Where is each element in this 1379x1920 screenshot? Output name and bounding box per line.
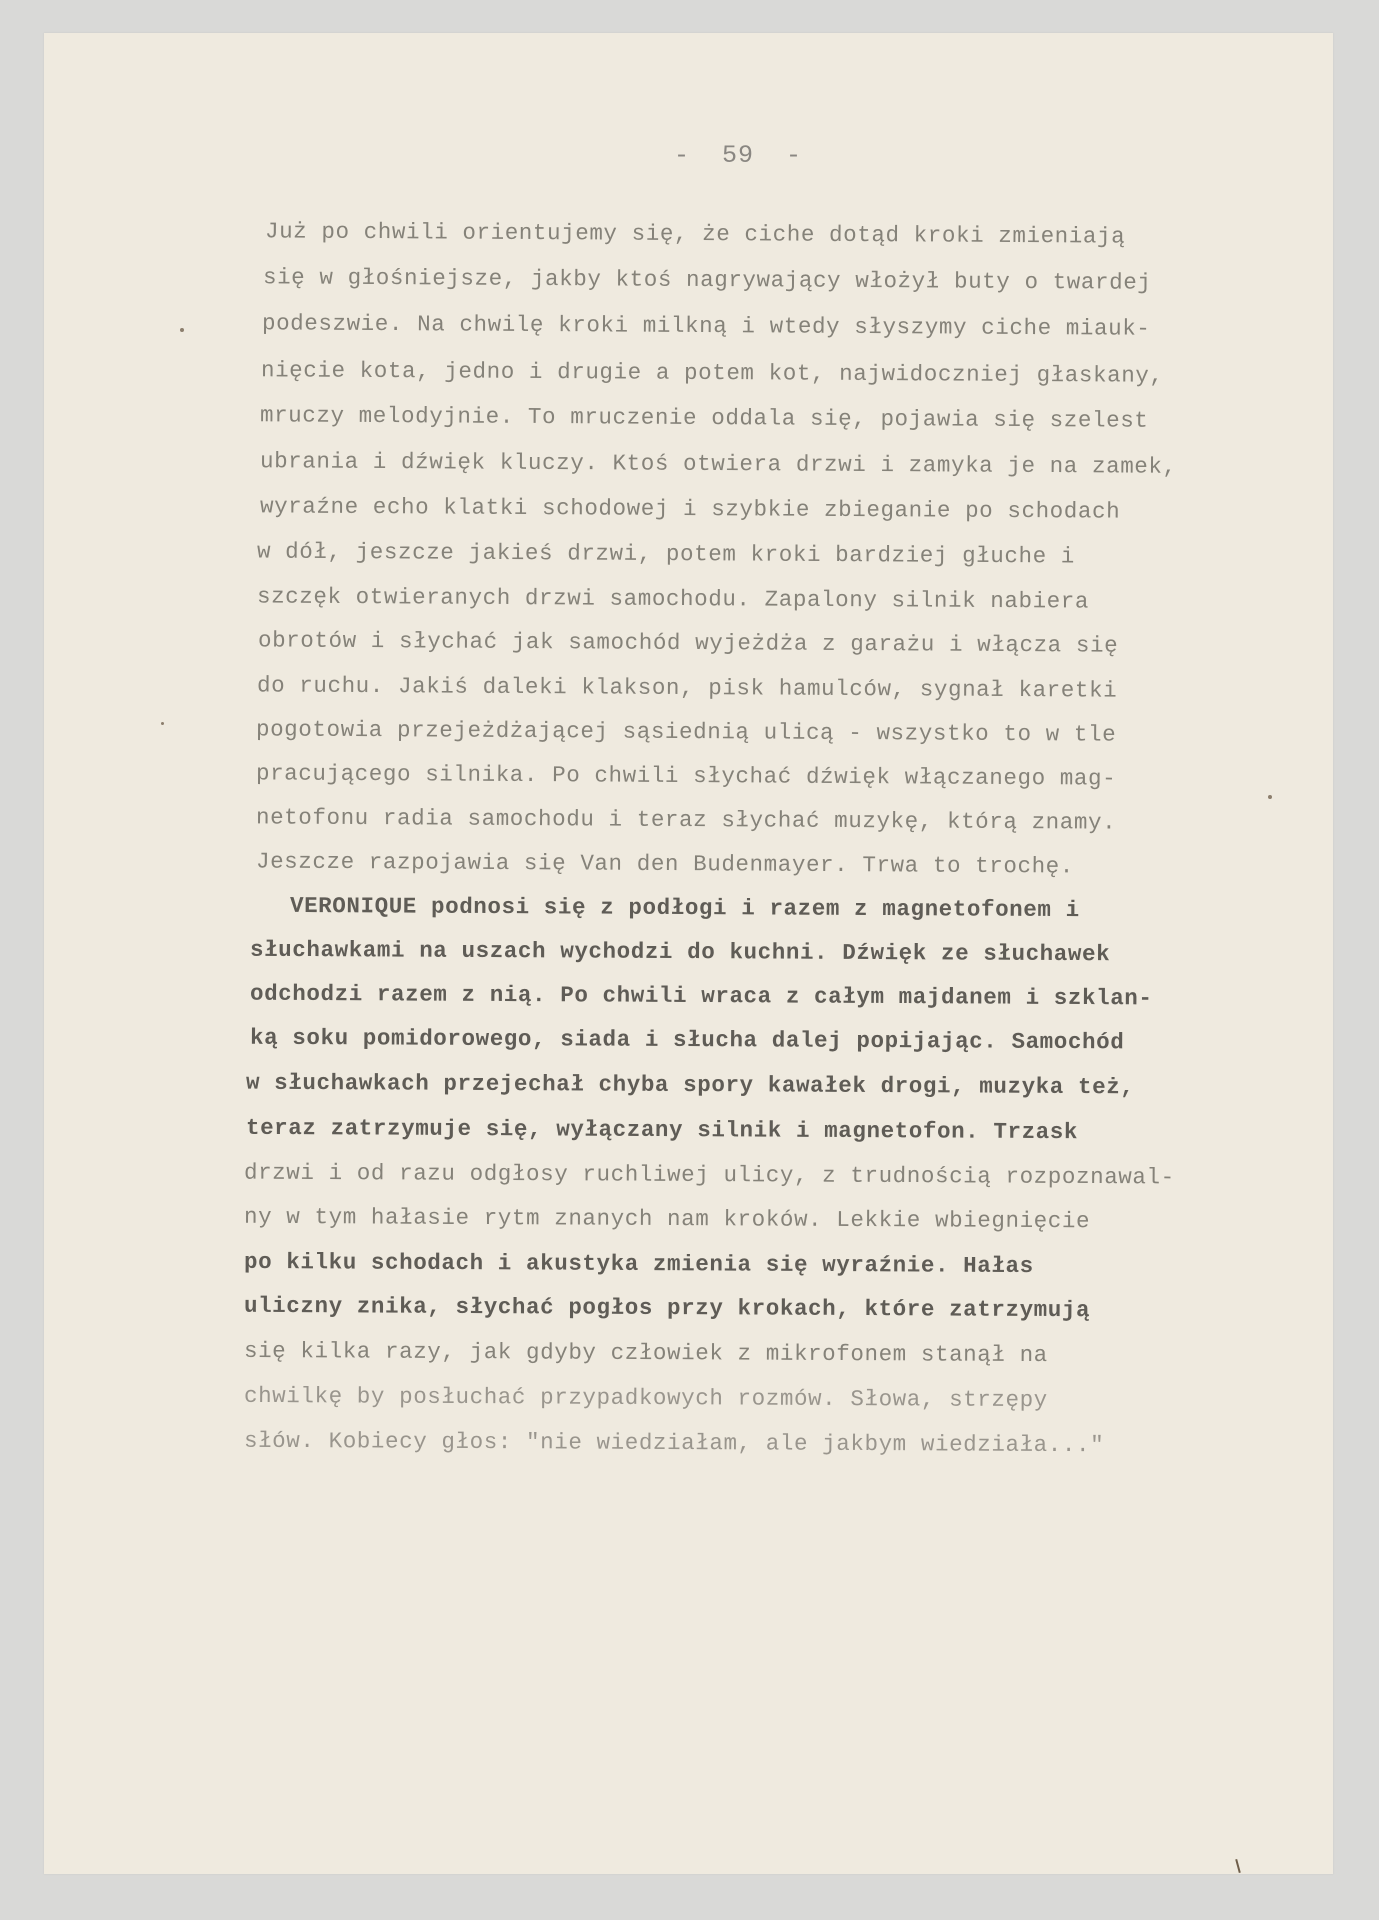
text-line: Jeszcze razpojawia się Van den Budenmaye… — [256, 849, 1074, 880]
text-line: netofonu radia samochodu i teraz słychać… — [256, 804, 1116, 835]
text-line: wyraźne echo klatki schodowej i szybkie … — [260, 493, 1120, 524]
text-line: słów. Kobiecy głos: "nie wiedziałam, ale… — [244, 1428, 1104, 1459]
paper-speck — [180, 328, 184, 332]
text-line: teraz zatrzymuje się, wyłączany silnik i… — [246, 1115, 1078, 1145]
text-line: ubrania i dźwięk kluczy. Ktoś otwiera dr… — [260, 448, 1177, 480]
paper-speck — [1268, 795, 1272, 799]
text-line: VERONIQUE podnosi się z podłogi i razem … — [290, 893, 1080, 923]
text-line: słuchawkami na uszach wychodzi do kuchni… — [250, 937, 1110, 968]
text-line: ny w tym hałasie rytm znanych nam kroków… — [244, 1204, 1090, 1234]
text-line: pracującego silnika. Po chwili słychać d… — [256, 760, 1116, 791]
text-line: w dół, jeszcze jakieś drzwi, potem kroki… — [257, 539, 1075, 570]
text-line: Już po chwili orientujemy się, że ciche … — [265, 218, 1125, 249]
text-line: podeszwie. Na chwilę kroki milkną i wted… — [262, 310, 1151, 341]
page-number: - 59 - — [674, 141, 802, 170]
text-line: w słuchawkach przejechał chyba spory kaw… — [246, 1070, 1135, 1101]
pen-mark — [1235, 1859, 1241, 1873]
text-line: się w głośniejsze, jakby ktoś nagrywając… — [263, 264, 1152, 295]
text-line: po kilku schodach i akustyka zmienia się… — [244, 1249, 1034, 1279]
text-line: się kilka razy, jak gdyby człowiek z mik… — [244, 1338, 1048, 1368]
text-line: drzwi i od razu odgłosy ruchliwej ulicy,… — [244, 1160, 1175, 1191]
text-line: pogotowia przejeżdżającej sąsiednią ulic… — [256, 716, 1116, 747]
text-line: ką soku pomidorowego, siada i słucha dal… — [250, 1025, 1124, 1056]
text-line: szczęk otwieranych drzwi samochodu. Zapa… — [257, 583, 1089, 614]
text-line: odchodzi razem z nią. Po chwili wraca z … — [250, 981, 1153, 1012]
text-line: uliczny znika, słychać pogłos przy kroka… — [244, 1293, 1090, 1323]
text-line: mruczy melodyjnie. To mruczenie oddala s… — [260, 402, 1149, 433]
text-line: chwilkę by posłuchać przypadkowych rozmó… — [244, 1383, 1048, 1413]
text-line: obrotów i słychać jak samochód wyjeżdża … — [258, 627, 1118, 658]
paper-speck — [161, 722, 164, 725]
text-line: do ruchu. Jakiś daleki klakson, pisk ham… — [257, 672, 1117, 703]
text-line: nięcie kota, jedno i drugie a potem kot,… — [261, 357, 1164, 389]
typewritten-page: - 59 - Już po chwili orientujemy się, że… — [44, 33, 1333, 1874]
